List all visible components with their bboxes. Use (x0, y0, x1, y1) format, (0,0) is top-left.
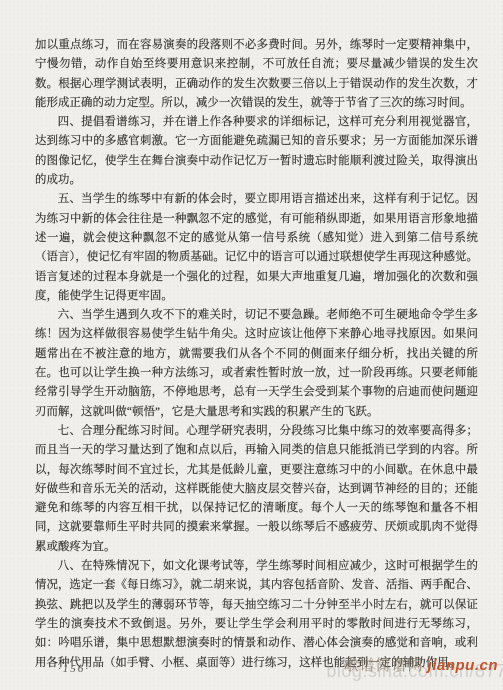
paragraph-item-5-verbal-description: 五、当学生的练琴中有新的体会时，要立即用语言描述出来，这样有利于记忆。因为练习中… (35, 190, 478, 306)
paragraph-item-4-score-reading: 四、提倡看谱练习，并在谱上作各种要求的详细标记，这样可充分利用视觉器官，达到练习… (35, 113, 478, 190)
scanned-book-page: 加以重点练习，而在容易演奏的段落则不必多费时间。另外，练琴时一定要精神集中，宁慢… (0, 0, 503, 690)
paragraph-item-8-special-cases: 八、在特殊情况下，如文化课考试等，学生练琴时间相应减少，这时可根据学生的情况，选… (35, 557, 478, 673)
paragraph-item-7-time-allocation: 七、合理分配练习时间。心理学研究表明，分段练习比集中练习的效率要高得多；而且当一… (35, 422, 478, 557)
paragraph-practice-focus: 加以重点练习，而在容易演奏的段落则不必多费时间。另外，练琴时一定要精神集中，宁慢… (35, 36, 478, 113)
page-number: ·156· (58, 663, 90, 675)
document-text: 加以重点练习，而在容易演奏的段落则不必多费时间。另外，练琴时一定要精神集中，宁慢… (35, 36, 478, 673)
paragraph-item-6-difficulties: 六、当学生遇到久攻不下的难关时，切记不要急躁。老师绝不可生硬地命令学生多练！因为… (35, 306, 478, 422)
